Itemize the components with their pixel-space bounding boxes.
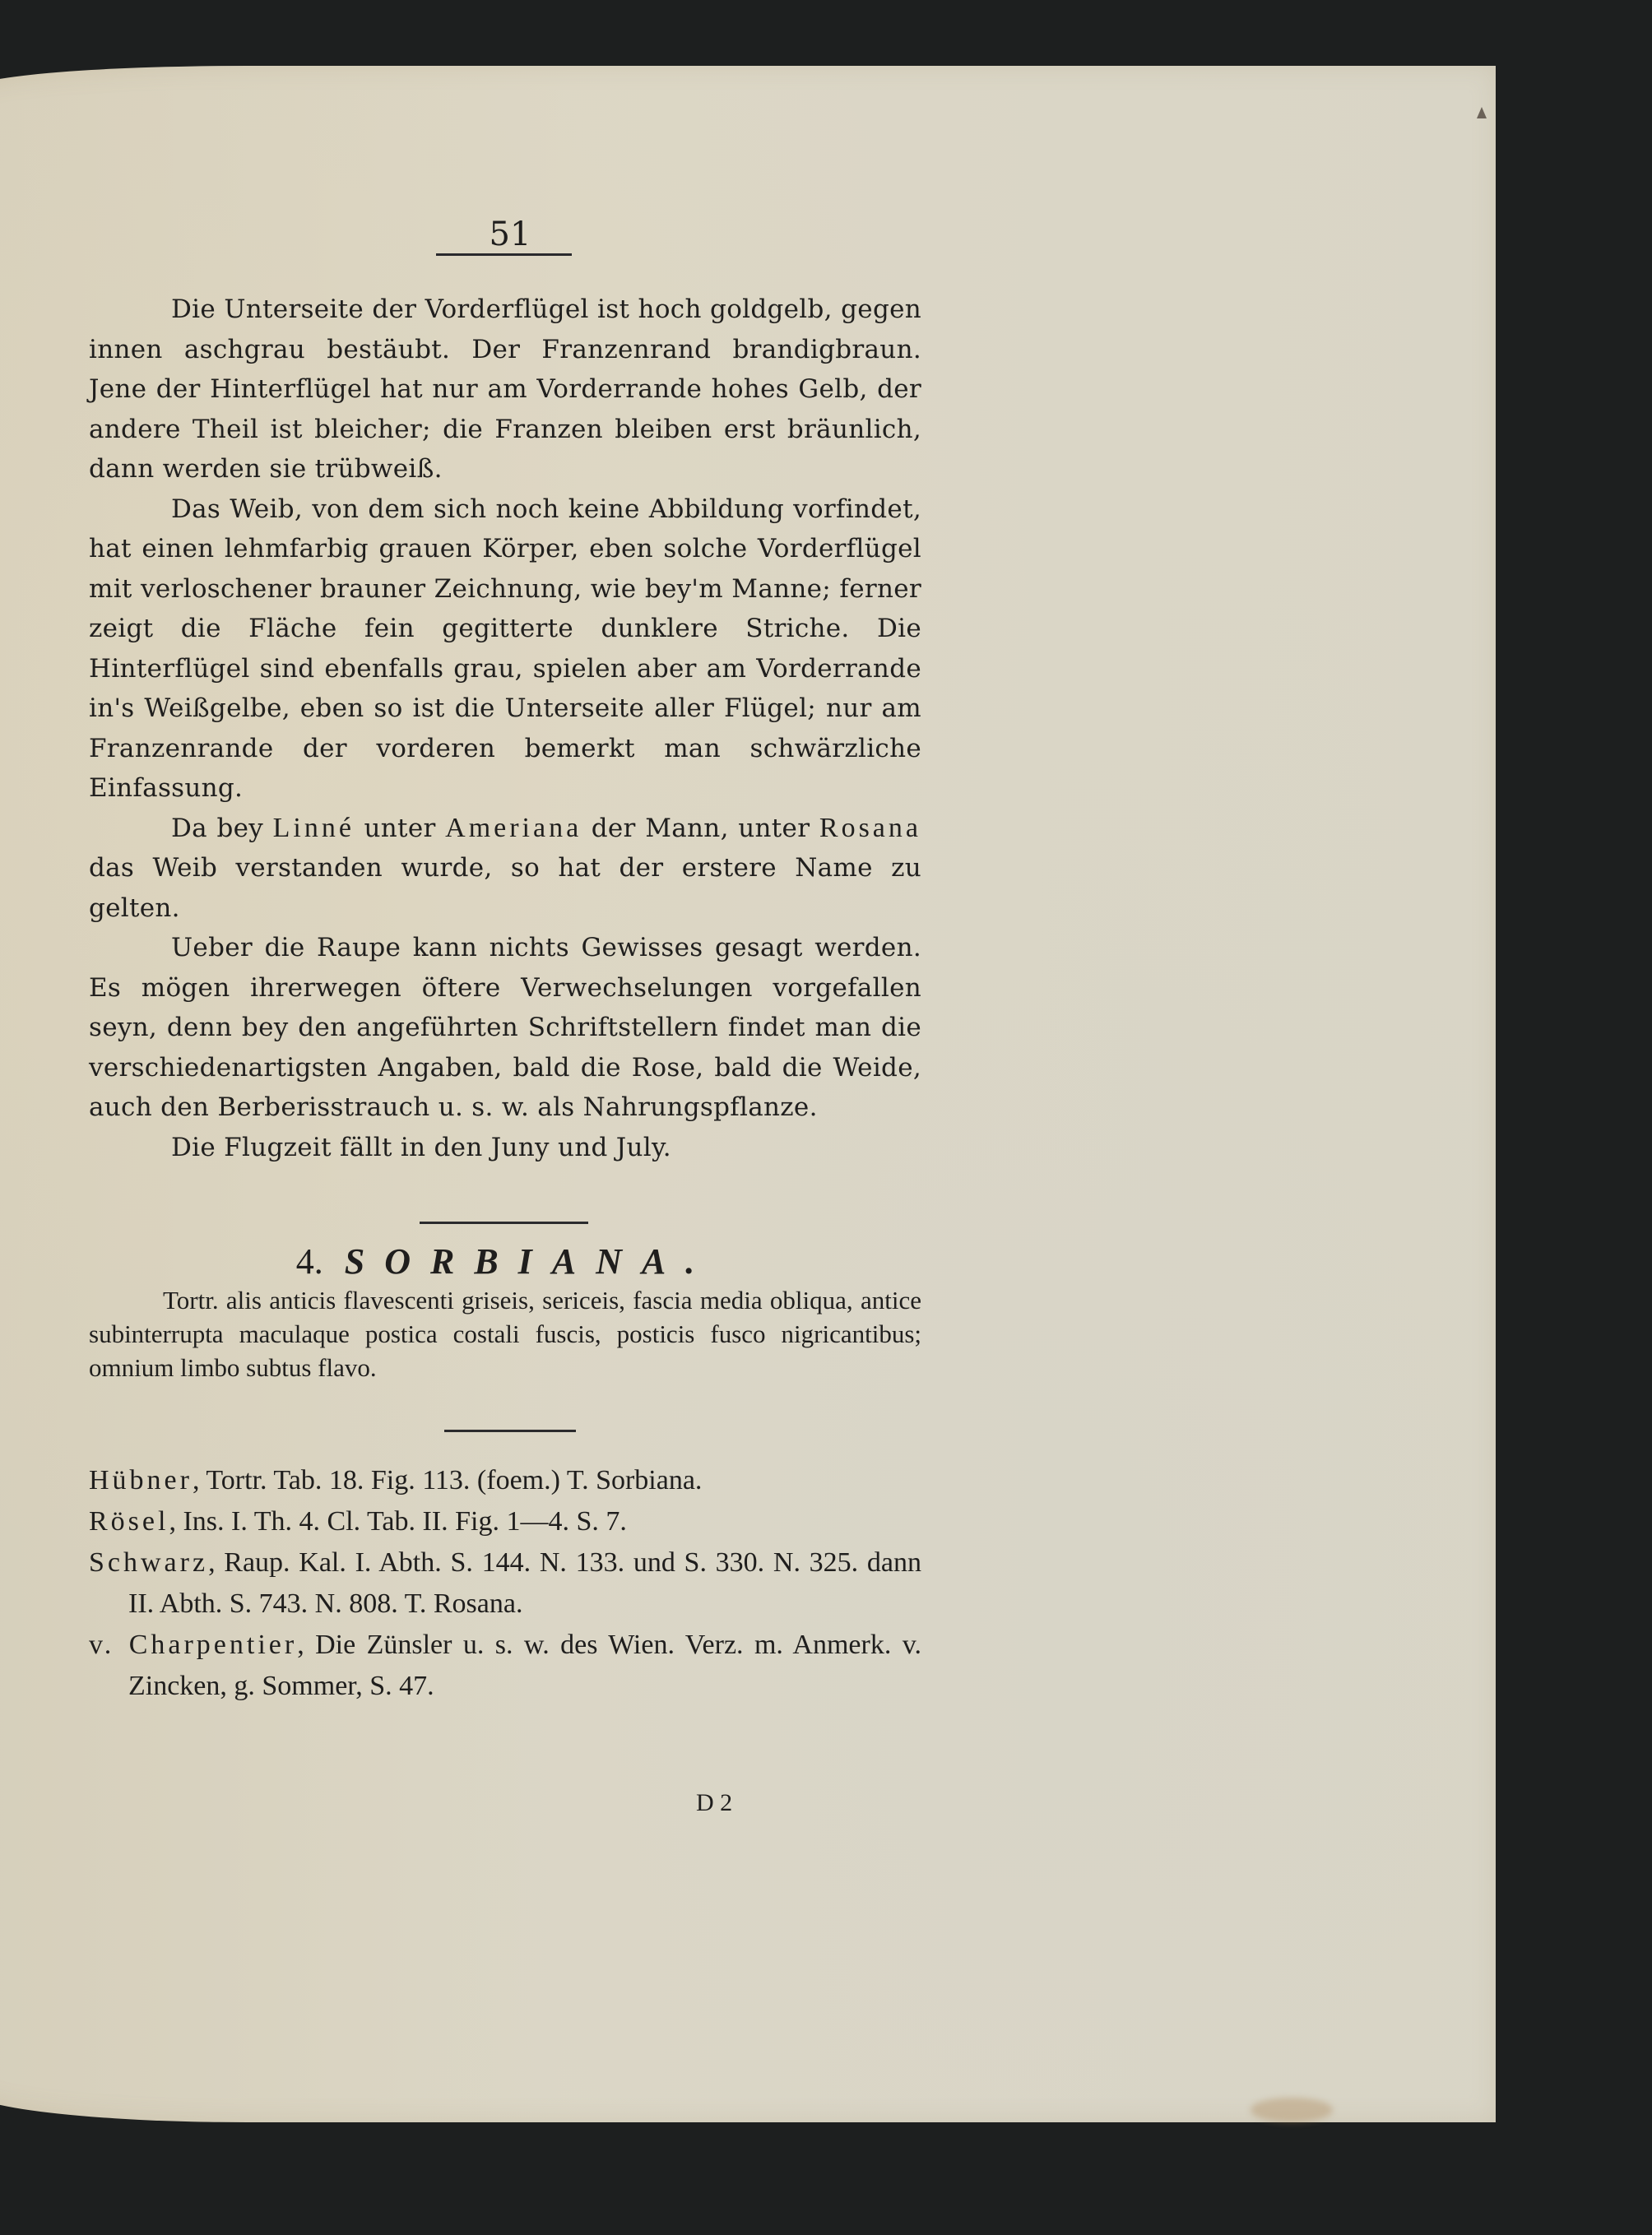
taxon-ameriana: Ameriana (445, 813, 582, 843)
species-heading: 4.SORBIANA. (89, 1240, 921, 1282)
taxon-rosana: Rosana (819, 813, 921, 843)
page-number: 51 (461, 216, 559, 253)
reference-item: v. Charpentier, Die Zünsler u. s. w. des… (89, 1625, 921, 1707)
species-name: SORBIANA. (345, 1241, 715, 1282)
body-text: Die Unterseite der Vorderflügel ist hoch… (89, 290, 921, 1167)
paragraph-flight-time: Die Flugzeit fällt in den Juny und July. (89, 1128, 921, 1168)
references-list: Hübner, Tortr. Tab. 18. Fig. 113. (foem.… (89, 1460, 921, 1707)
latin-diagnosis: Tortr. alis anticis flavescenti griseis,… (89, 1283, 921, 1384)
paragraph-nomenclature: Da bey Linné unter Ameriana der Mann, un… (89, 809, 921, 929)
header-rule (436, 253, 572, 256)
paragraph-larva: Ueber die Raupe kann nichts Gewisses ges… (89, 928, 921, 1128)
section-rule (420, 1222, 588, 1224)
reference-item: Schwarz, Raup. Kal. I. Abth. S. 144. N. … (89, 1542, 921, 1625)
references-rule (444, 1430, 576, 1432)
species-number: 4. (296, 1241, 323, 1282)
signature-mark: D 2 (696, 1789, 732, 1817)
paper-stain (1251, 2098, 1333, 2122)
paragraph-underside: Die Unterseite der Vorderflügel ist hoch… (89, 290, 921, 489)
author-linne: Linné (273, 813, 355, 843)
reference-item: Hübner, Tortr. Tab. 18. Fig. 113. (foem.… (89, 1460, 921, 1501)
paragraph-female: Das Weib, von dem sich noch keine Abbild… (89, 489, 921, 809)
reference-item: Rösel, Ins. I. Th. 4. Cl. Tab. II. Fig. … (89, 1501, 921, 1542)
